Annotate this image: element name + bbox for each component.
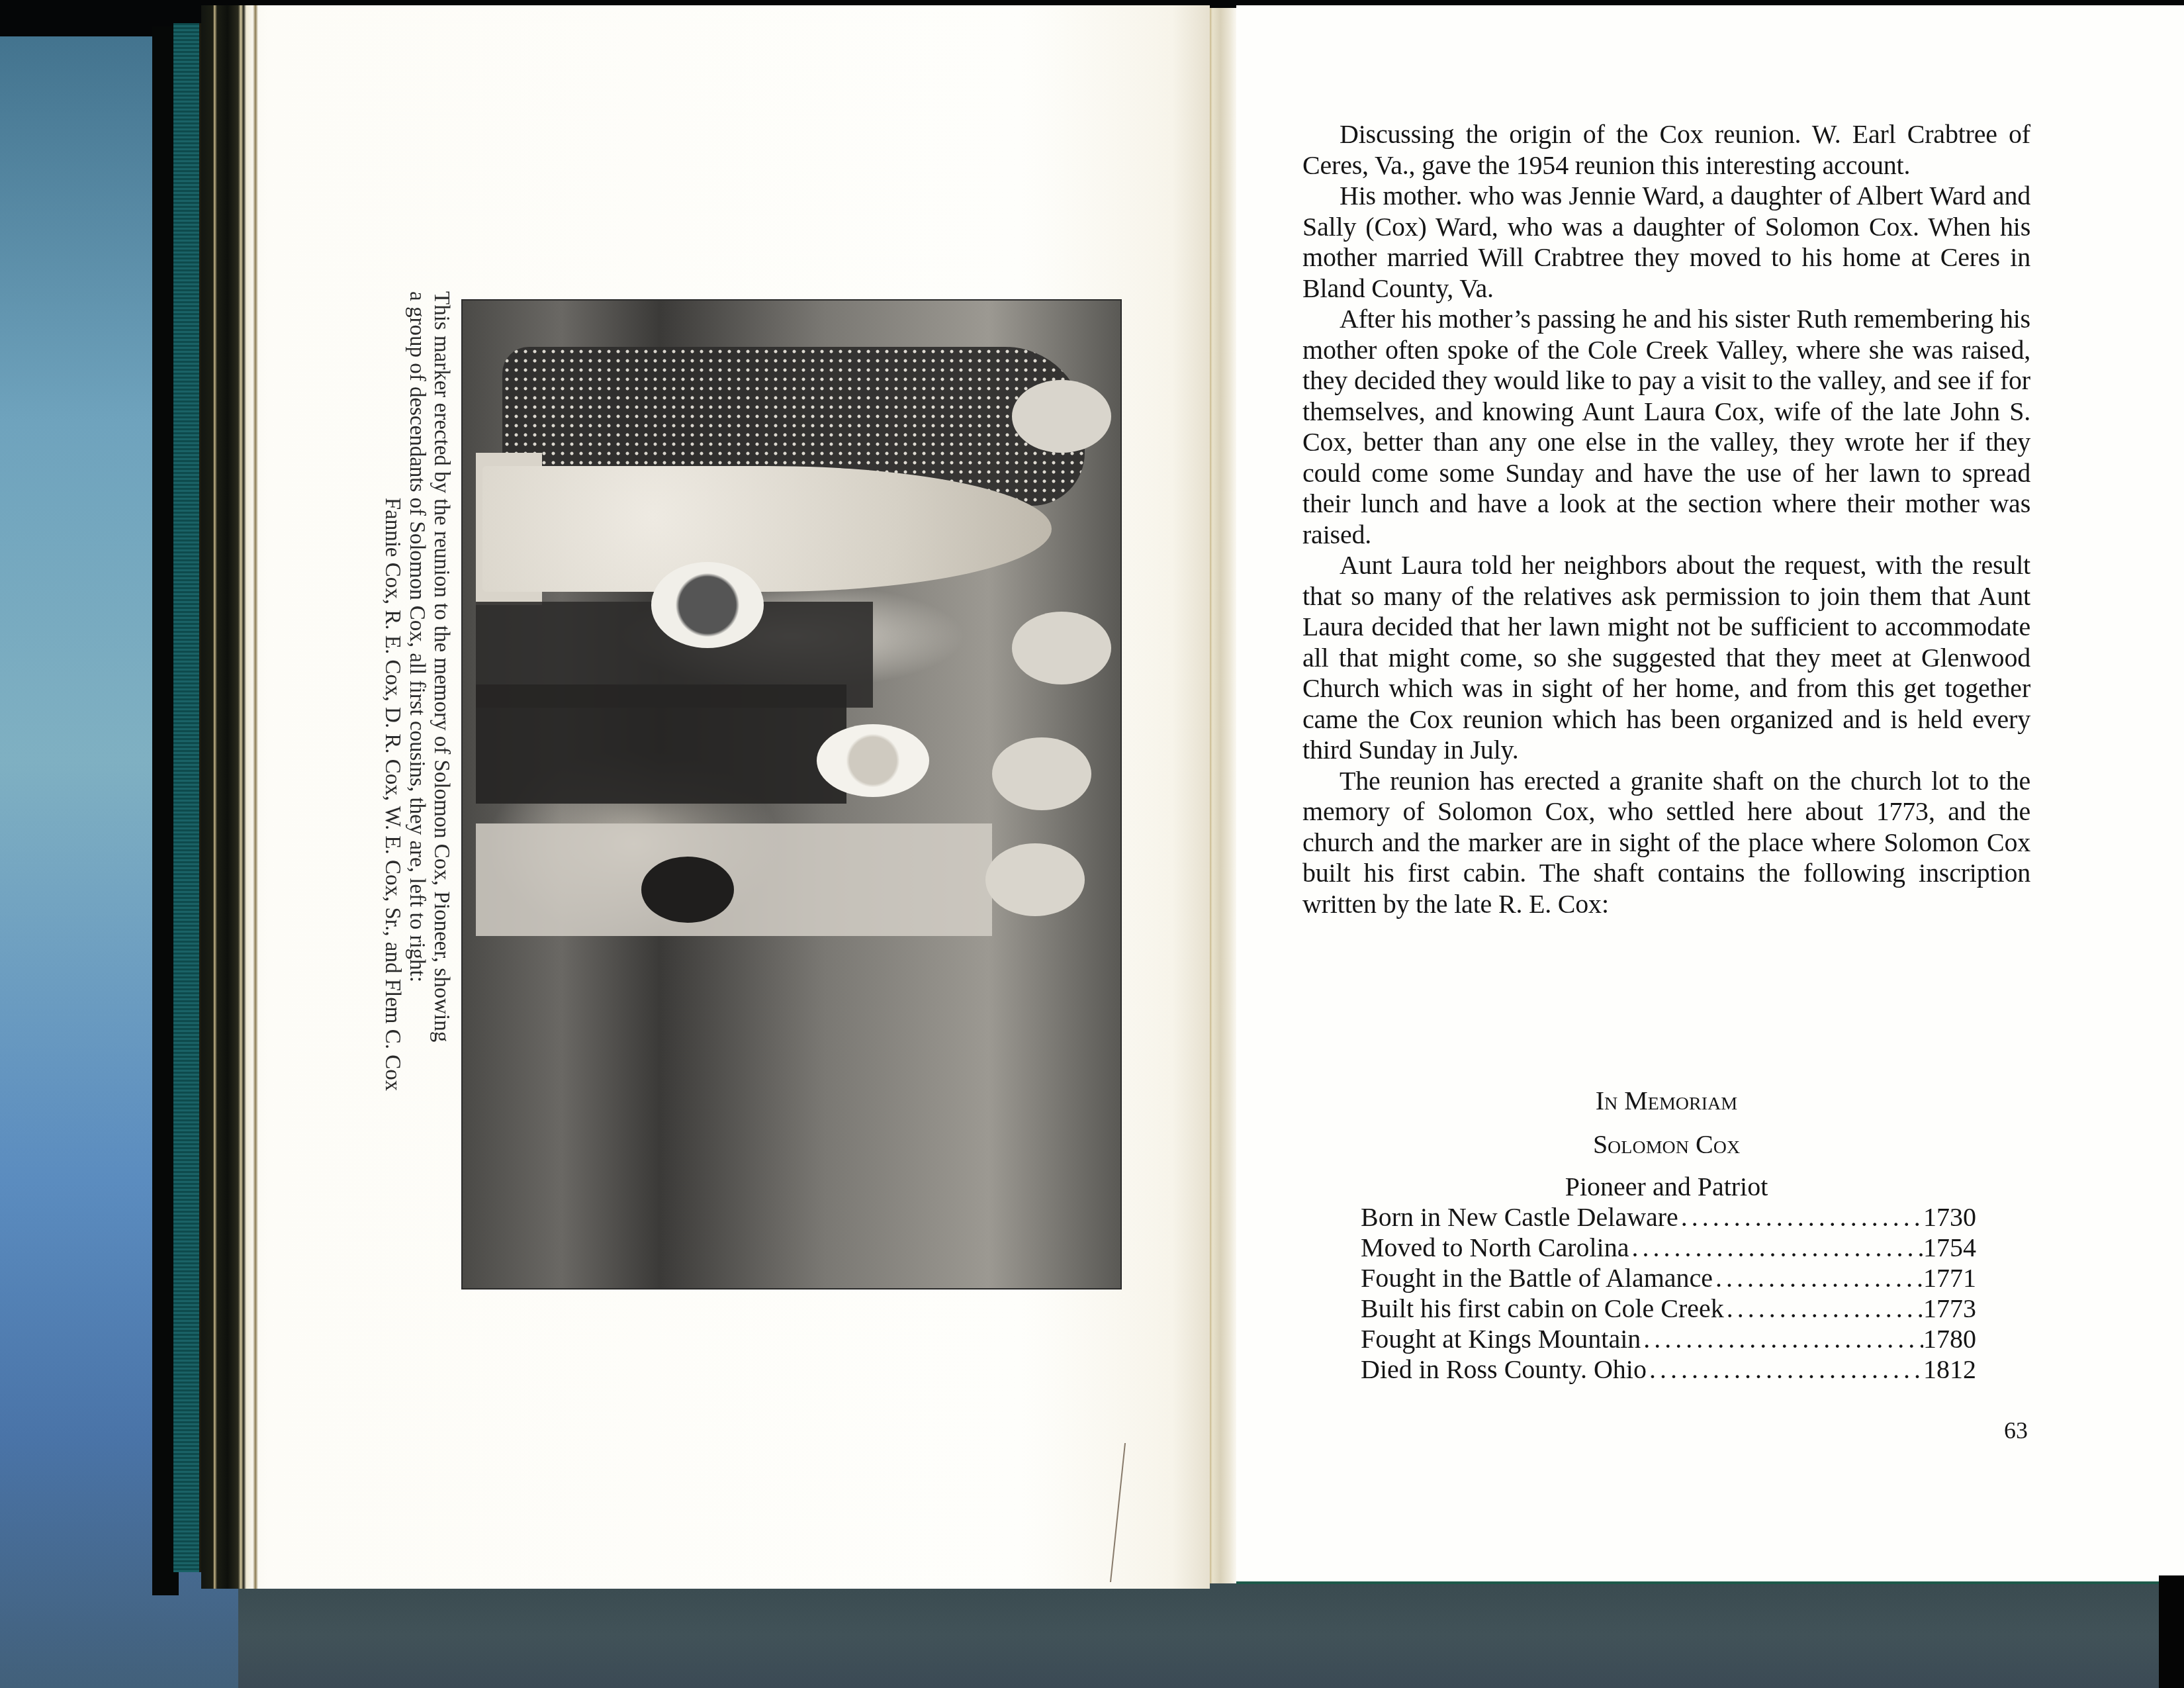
caption-line: Fannie Cox, R. E. Cox, D. R. Cox, W. E. … [380, 291, 404, 1297]
caption-line: a group of descendants of Solomon Cox, a… [404, 291, 429, 1297]
timeline-entry: Fought at Kings Mountain ...............… [1361, 1324, 1976, 1354]
photo-straw-hat [651, 562, 764, 648]
page-stack-edges [201, 5, 267, 1589]
inscription-heading: In Memoriam [1302, 1086, 2030, 1116]
inscription-name: Solomon Cox [1302, 1129, 2030, 1160]
event-year: 1730 [1923, 1202, 1976, 1233]
inscription-subtitle: Pioneer and Patriot [1302, 1172, 2030, 1202]
event-year: 1771 [1923, 1263, 1976, 1293]
leader-dots: ........................................ [1713, 1263, 1923, 1293]
event-label: Fought in the Battle of Alamance [1361, 1263, 1713, 1293]
paragraph-granite-shaft: The reunion has erected a granite shaft … [1302, 766, 2030, 920]
table-surface [238, 1582, 2184, 1688]
scan-backdrop-corner [2159, 1575, 2184, 1688]
paragraph-visit: After his mother’s passing he and his si… [1302, 304, 2030, 550]
caption-line: This marker erected by the reunion to th… [429, 291, 453, 1297]
book-gutter [1210, 8, 1236, 1583]
book-cover-edge [173, 23, 201, 1572]
event-year: 1780 [1923, 1324, 1976, 1354]
event-label: Died in Ross County. Ohio [1361, 1354, 1647, 1385]
timeline-entry: Built his first cabin on Cole Creek ....… [1361, 1293, 1976, 1324]
event-year: 1812 [1923, 1354, 1976, 1385]
photo-dark-hat [641, 857, 734, 923]
photo-figure-flem-cox [476, 823, 992, 936]
photo-straw-hat [817, 724, 929, 797]
leader-dots: ........................................ [1647, 1354, 1923, 1385]
photo-granite-marker [482, 466, 1052, 592]
memorial-photo [461, 299, 1122, 1289]
event-label: Born in New Castle Delaware [1361, 1202, 1678, 1233]
event-year: 1754 [1923, 1233, 1976, 1263]
timeline-entry: Fought in the Battle of Alamance .......… [1361, 1263, 1976, 1293]
event-label: Moved to North Carolina [1361, 1233, 1629, 1263]
paragraph-mother: His mother. who was Jennie Ward, a daugh… [1302, 181, 2030, 304]
inscription-timeline: Born in New Castle Delaware ............… [1361, 1202, 1976, 1385]
leader-dots: ........................................ [1641, 1324, 1923, 1354]
leader-dots: ........................................ [1678, 1202, 1923, 1233]
photo-face [992, 737, 1091, 810]
timeline-entry: Died in Ross County. Ohio ..............… [1361, 1354, 1976, 1385]
photo-caption: This marker erected by the reunion to th… [381, 291, 453, 1297]
photo-face [1012, 612, 1111, 684]
page-number: 63 [2004, 1417, 2028, 1444]
timeline-entry: Moved to North Carolina ................… [1361, 1233, 1976, 1263]
photo-face [985, 843, 1085, 916]
paragraph-origin: Discussing the origin of the Cox reunion… [1302, 119, 2030, 181]
event-label: Fought at Kings Mountain [1361, 1324, 1641, 1354]
body-text: Discussing the origin of the Cox reunion… [1302, 119, 2030, 919]
inscription: In Memoriam Solomon Cox Pioneer and Patr… [1302, 1086, 2030, 1385]
event-label: Built his first cabin on Cole Creek [1361, 1293, 1724, 1324]
timeline-entry: Born in New Castle Delaware ............… [1361, 1202, 1976, 1233]
event-year: 1773 [1923, 1293, 1976, 1324]
leader-dots: ........................................ [1724, 1293, 1923, 1324]
photo-face [1012, 380, 1111, 453]
photo-figure-dr-cox [476, 684, 846, 804]
leader-dots: ........................................ [1629, 1233, 1924, 1263]
paragraph-aunt-laura: Aunt Laura told her neighbors about the … [1302, 550, 2030, 766]
